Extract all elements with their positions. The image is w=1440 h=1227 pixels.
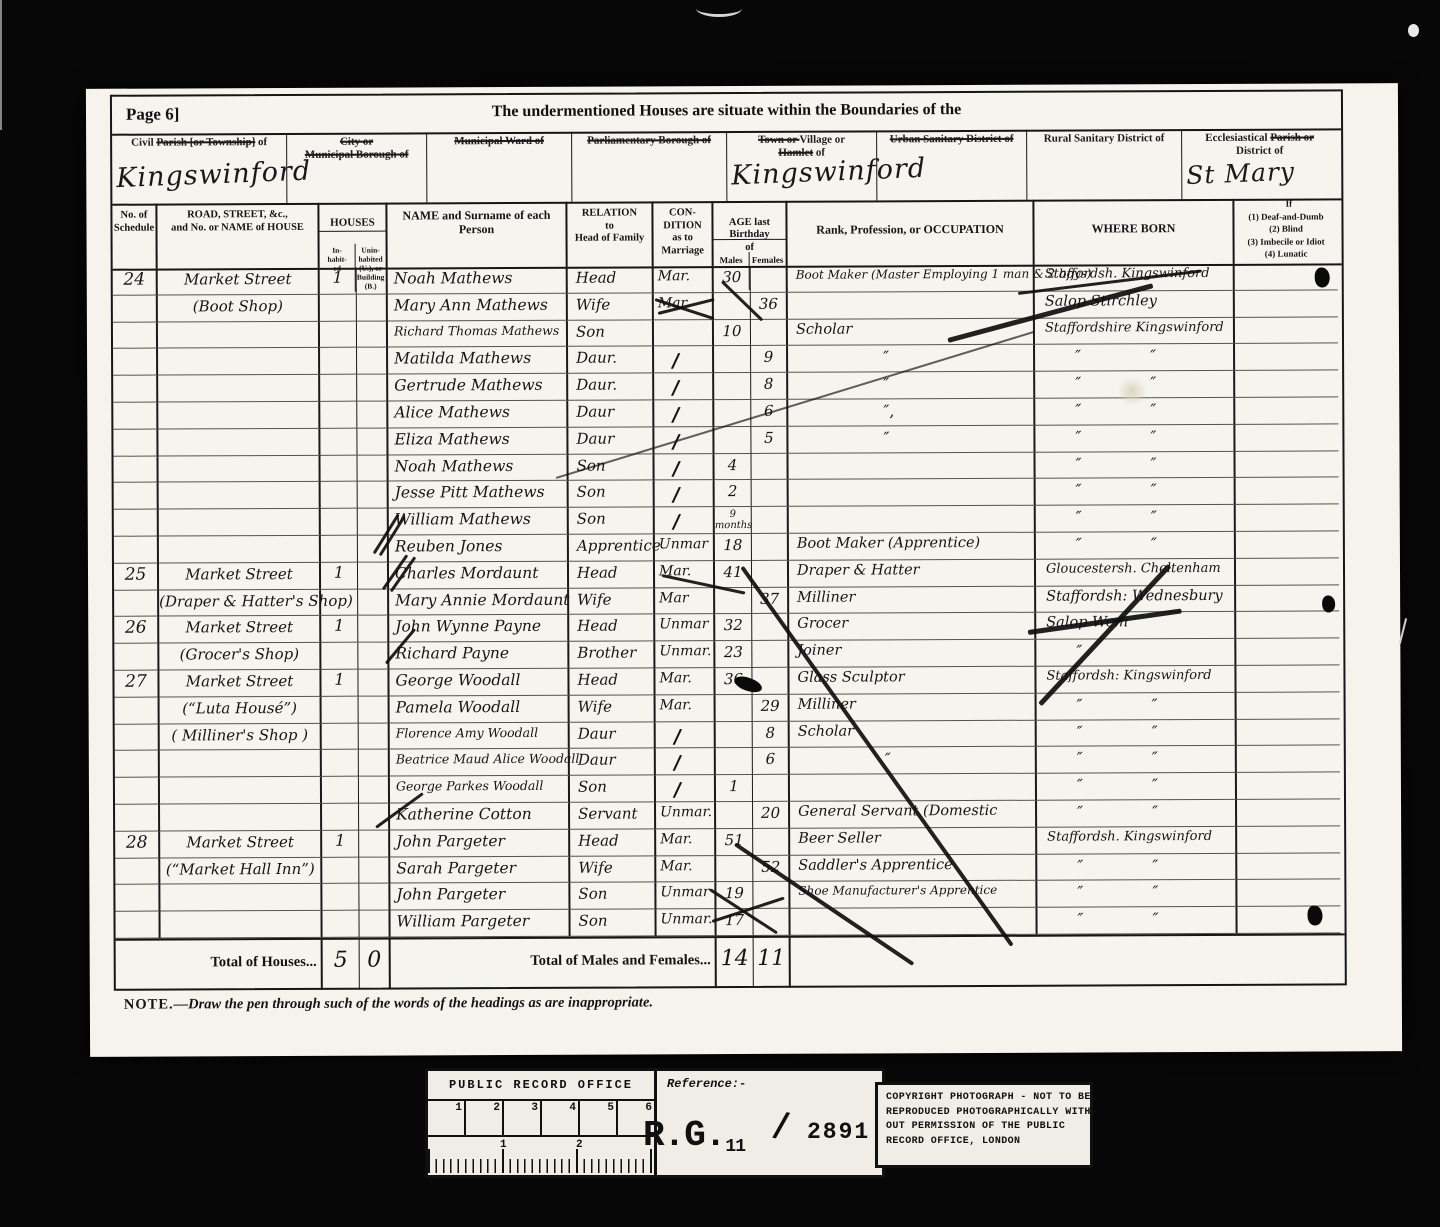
schedule-cell [114, 644, 159, 671]
relation-cell: Son [570, 776, 656, 803]
totals-blank [791, 935, 1341, 987]
cm-ruler-cell: 4 [542, 1101, 580, 1135]
where-born-cell: ″ ″ [1035, 344, 1235, 372]
cm-ruler-number: 4 [569, 1102, 576, 1114]
condition-cell: Mar. [654, 266, 714, 293]
relation-cell: Son [569, 481, 655, 508]
where-born-cell: ″ ″ [1037, 746, 1237, 774]
schedule-cell [114, 510, 159, 537]
pro-stamp-inch-ruler: 1 2 [428, 1137, 654, 1177]
inhabited-cell [321, 589, 358, 616]
schedule-cell [115, 778, 160, 805]
inhabited-cell: 1 [321, 616, 358, 643]
inch-label-2: 2 [576, 1139, 583, 1151]
relation-cell: Son [568, 454, 654, 481]
condition-slash-mark: / [672, 723, 682, 748]
copyright-stamp-line: OUT PERMISSION OF THE PUBLIC [886, 1120, 1090, 1135]
infirmity-cell [1236, 478, 1339, 505]
public-record-office-stamp: PUBLIC RECORD OFFICE 123456 1 2 [425, 1068, 657, 1178]
name-cell: Noah Mathews [388, 267, 568, 295]
reference-label: Reference:- [667, 1077, 746, 1091]
infirmity-cell [1237, 907, 1340, 934]
address-cell: Market Street [160, 831, 322, 859]
age-female-cell: 6 [753, 748, 790, 775]
relation-cell: Wife [568, 293, 654, 320]
relation-cell: Head [569, 668, 655, 695]
inhabited-cell [321, 482, 358, 509]
col-header-schedule: No. of Schedule [112, 204, 157, 269]
age-male-cell: 23 [715, 641, 752, 668]
where-born-cell: Gloucestersh. Cheltenham [1036, 559, 1236, 587]
footnote-text: —Draw the pen through such of the words … [174, 994, 653, 1012]
struck-label-part: Parliamentary Borough of [587, 134, 711, 147]
age-female-cell [752, 534, 789, 561]
infirmity-cell [1237, 719, 1340, 746]
table-column-headers: No. of Schedule ROAD, STREET, &c., and N… [112, 198, 1341, 270]
scan-dust-dot [1408, 24, 1419, 37]
address-cell [158, 375, 320, 403]
header-field: Urban Sanitary District of [877, 130, 1027, 201]
age-female-cell: 5 [751, 427, 788, 454]
where-born-cell: ″ [1036, 639, 1236, 667]
where-born-cell: ″ ″ [1036, 478, 1236, 506]
cm-ruler-cell: 5 [580, 1101, 618, 1135]
schedule-cell [115, 858, 160, 885]
address-cell [159, 482, 321, 510]
age-male-cell [716, 748, 753, 775]
schedule-cell: 25 [114, 563, 159, 590]
condition-cell: / [654, 454, 714, 481]
inhabited-cell [320, 402, 357, 429]
condition-cell: / [655, 507, 715, 534]
infirmity-cell [1236, 639, 1339, 666]
name-cell: Mary Annie Mordaunt [389, 588, 569, 616]
inhabited-cell [321, 509, 358, 536]
where-born-cell: ″ ″ [1037, 719, 1237, 747]
schedule-cell [113, 322, 158, 349]
occupation-cell: Draper & Hatter [789, 559, 1036, 587]
name-cell: John Pargeter [390, 829, 570, 857]
inhabited-cell [320, 375, 357, 402]
inhabited-cell [322, 804, 359, 831]
header-field: Ecclesiastical Parish or District ofSt M… [1182, 128, 1337, 199]
address-cell [158, 402, 320, 430]
relation-cell: Wife [570, 856, 656, 883]
address-cell: (Grocer's Shop) [159, 643, 321, 671]
uninhabited-cell [358, 670, 389, 697]
condition-cell: / [656, 775, 716, 802]
schedule-cell [114, 483, 159, 510]
address-cell [160, 884, 322, 912]
uninhabited-cell [359, 911, 390, 938]
relation-cell: Daur [568, 400, 654, 427]
inhabited-cell [320, 455, 357, 482]
header-field-label: Ecclesiastical Parish or District of [1182, 128, 1337, 157]
occupation-cell [790, 774, 1037, 802]
label-part: Village or [799, 134, 845, 146]
col-header-infirmity: If (1) Deaf-and-Dumb (2) Blind (3) Imbec… [1234, 198, 1337, 263]
infirmity-cell [1235, 371, 1338, 398]
relation-cell: Head [568, 266, 654, 293]
infirmity-cell [1237, 773, 1340, 800]
relation-cell: Son [569, 508, 655, 535]
age-female-cell: 8 [751, 373, 788, 400]
label-part: Rural Sanitary District of [1044, 132, 1165, 145]
total-males: 14 [717, 938, 754, 988]
occupation-cell: Boot Maker (Apprentice) [789, 533, 1036, 561]
relation-cell: Son [570, 883, 656, 910]
schedule-cell [115, 724, 160, 751]
reference-series: R.G.11 [643, 1115, 745, 1157]
uninhabited-cell [357, 455, 388, 482]
name-cell: John Pargeter [390, 883, 570, 911]
where-born-cell: ″ ″ [1037, 800, 1237, 828]
condition-cell: Unmar. [655, 641, 715, 668]
where-born-cell: ″ ″ [1037, 853, 1237, 881]
occupation-cell: ″, [788, 399, 1035, 427]
header-field: Civil Parish [or Township] ofKingswinfor… [112, 133, 287, 204]
where-born-cell: ″ ″ [1037, 773, 1237, 801]
schedule-cell [113, 295, 158, 322]
uninhabited-cell [358, 482, 389, 509]
age-male-cell [714, 373, 751, 400]
age-male-cell [716, 802, 753, 829]
condition-cell: / [656, 722, 716, 749]
infirmity-cell [1236, 665, 1339, 692]
copyright-stamp-line: RECORD OFFICE, LONDON [886, 1135, 1090, 1150]
age-female-cell: 29 [753, 695, 790, 722]
address-cell [159, 509, 321, 537]
relation-cell: Servant [570, 802, 656, 829]
occupation-cell: Milliner [790, 693, 1037, 721]
printed-frame: Page 6] The undermentioned Houses are si… [110, 89, 1347, 990]
schedule-cell [115, 912, 160, 939]
where-born-cell: ″ ″ [1037, 693, 1237, 721]
infirmity-cell [1237, 853, 1340, 880]
schedule-cell [113, 403, 158, 430]
census-table-body: 24Market Street1Noah MathewsHeadMar.30Bo… [113, 263, 1345, 938]
name-cell: Charles Mordaunt [389, 562, 569, 590]
name-cell: Pamela Woodall [390, 696, 570, 724]
col-header-road: ROAD, STREET, &c., and No. or NAME of HO… [157, 203, 319, 269]
col-header-relation: RELATION to Head of Family [567, 201, 653, 266]
age-male-cell [714, 346, 751, 373]
footnote: NOTE.—Draw the pen through such of the w… [124, 994, 653, 1013]
address-cell: (“Luta Housé”) [160, 697, 322, 725]
schedule-cell [113, 349, 158, 376]
age-female-cell [752, 641, 789, 668]
condition-cell: Unmar. [656, 909, 716, 936]
address-cell [158, 429, 320, 457]
schedule-cell [115, 885, 160, 912]
age-female-cell [753, 829, 790, 856]
infirmity-cell [1235, 344, 1338, 371]
address-cell [160, 911, 322, 939]
inhabited-cell [320, 348, 357, 375]
address-cell: (“Market Hall Inn”) [160, 857, 322, 885]
schedule-cell [115, 751, 160, 778]
condition-cell: / [655, 481, 715, 508]
inhabited-cell [320, 428, 357, 455]
copyright-stamp-box: COPYRIGHT PHOTOGRAPH - NOT TO BEREPRODUC… [875, 1082, 1093, 1168]
inhabited-cell [322, 857, 359, 884]
header-field-label: City or Municipal Borough of [287, 132, 426, 161]
age-group-label: AGE last Birthday of [713, 213, 785, 239]
uninhabited-cell [359, 884, 390, 911]
houses-group-label: HOUSES [319, 215, 385, 231]
infirmity-cell [1237, 880, 1340, 907]
condition-slash-mark: / [671, 455, 681, 480]
uninhabited-cell [359, 857, 390, 884]
name-cell: Mary Ann Mathews [388, 294, 568, 322]
struck-label-part: Municipal Ward of [454, 135, 544, 147]
age-male-cell: 1 [716, 775, 753, 802]
condition-cell: / [654, 373, 714, 400]
age-male-cell [716, 855, 753, 882]
inhabited-cell [320, 321, 357, 348]
condition-slash-mark: / [671, 402, 681, 427]
inhabited-cell [322, 750, 359, 777]
age-male-cell: 4 [714, 454, 751, 481]
occupation-cell: Saddler's Apprentice [790, 854, 1037, 882]
inhabited-cell [322, 884, 359, 911]
uninhabited-cell [359, 723, 390, 750]
address-cell [158, 321, 320, 349]
struck-label-part: City or Municipal Borough of [305, 136, 409, 161]
age-male-cell: 18 [715, 534, 752, 561]
address-cell [160, 804, 322, 832]
scan-pen-mark [696, 0, 742, 17]
ruler-major-ticks [428, 1149, 654, 1173]
age-female-cell [751, 266, 788, 293]
infirmity-cell [1237, 826, 1340, 853]
header-field: Rural Sanitary District of [1027, 129, 1182, 200]
infirmity-cell [1235, 397, 1338, 424]
total-females: 11 [754, 938, 791, 988]
occupation-cell: ″ [788, 426, 1035, 454]
infirmity-cell [1236, 505, 1339, 532]
address-cell: Market Street [158, 268, 320, 296]
occupation-cell [789, 479, 1036, 507]
relation-cell: Daur [570, 749, 656, 776]
schedule-cell [114, 590, 159, 617]
address-cell [160, 750, 322, 778]
infirmity-cell [1236, 558, 1339, 585]
cm-ruler-cell: 1 [428, 1101, 466, 1135]
infirmity-cell [1236, 531, 1339, 558]
age-female-cell [752, 507, 789, 534]
age-female-cell [752, 561, 789, 588]
inch-label-1: 1 [500, 1139, 507, 1151]
inhabited-cell [320, 294, 357, 321]
where-born-cell: ″ ″ [1037, 880, 1237, 908]
condition-slash-mark: / [671, 509, 681, 534]
boundary-header-fields: Civil Parish [or Township] ofKingswinfor… [112, 128, 1341, 205]
header-field-label: Civil Parish [or Township] of [112, 133, 286, 149]
age-female-cell: 8 [753, 721, 790, 748]
where-born-cell: ″ ″ [1037, 907, 1237, 935]
header-field-label: Parliamentary Borough of [572, 131, 726, 147]
inhabited-cell: 1 [320, 268, 357, 295]
name-cell: Jesse Pitt Mathews [389, 481, 569, 509]
total-houses-uninhabited: 0 [360, 940, 391, 990]
uninhabited-cell [359, 750, 390, 777]
col-header-occupation: Rank, Profession, or OCCUPATION [787, 200, 1034, 266]
condition-slash-mark: / [671, 482, 681, 507]
name-cell: Alice Mathews [388, 401, 568, 429]
ink-blot [1315, 267, 1330, 287]
uninhabited-cell [359, 777, 390, 804]
occupation-cell: Grocer [789, 613, 1036, 641]
uninhabited-cell [357, 348, 388, 375]
relation-cell: Head [569, 561, 655, 588]
relation-cell: Wife [569, 588, 655, 615]
label-part: Ecclesiastical [1205, 132, 1270, 144]
address-cell [160, 777, 322, 805]
cm-ruler-cell: 2 [466, 1101, 504, 1135]
col-header-age-group: AGE last Birthday of Males Females [713, 201, 787, 266]
infirmity-cell [1235, 424, 1338, 451]
reference-separator: / [771, 1104, 791, 1146]
uninhabited-cell [358, 509, 389, 536]
uninhabited-cell [358, 643, 389, 670]
condition-slash-mark: / [671, 348, 681, 373]
condition-cell: Unmar. [656, 802, 716, 829]
total-houses-inhabited: 5 [323, 940, 360, 990]
schedule-cell: 24 [113, 269, 158, 296]
relation-cell: Apprentice [569, 534, 655, 561]
paper-stain [1117, 376, 1147, 406]
condition-cell: Unmar [656, 882, 716, 909]
age-male-cell: 10 [714, 320, 751, 347]
inhabited-cell [322, 777, 359, 804]
inhabited-cell [321, 536, 358, 563]
name-cell: Matilda Mathews [388, 347, 568, 375]
header-field: City or Municipal Borough of [287, 132, 427, 203]
infirmity-cell [1237, 692, 1340, 719]
occupation-cell: Boot Maker (Master Employing 1 man & 2 b… [788, 265, 1035, 293]
header-field-label: Rural Sanitary District of [1027, 129, 1181, 145]
total-people-label: Total of Males and Females... [391, 938, 717, 989]
page-title: The undermentioned Houses are situate wi… [112, 99, 1341, 122]
totals-row: Total of Houses... 5 0 Total of Males an… [116, 933, 1345, 990]
inhabited-cell [321, 643, 358, 670]
condition-cell: / [656, 748, 716, 775]
inhabited-cell: 1 [322, 830, 359, 857]
cm-ruler-number: 5 [607, 1102, 614, 1114]
header-field-label: Municipal Ward of [427, 132, 571, 148]
occupation-cell: Scholar [790, 720, 1037, 748]
occupation-cell [788, 292, 1035, 320]
copyright-stamp-line: REPRODUCED PHOTOGRAPHICALLY WITH- [886, 1106, 1090, 1121]
uninhabited-cell [358, 589, 389, 616]
col-header-name: NAME and Surname of each Person [387, 202, 567, 268]
relation-cell: Head [569, 615, 655, 642]
infirmity-cell [1236, 612, 1339, 639]
name-cell: John Wynne Payne [389, 615, 569, 643]
condition-cell: Mar. [656, 829, 716, 856]
inhabited-cell [322, 723, 359, 750]
name-cell: Noah Mathews [388, 454, 568, 482]
reference-series-sub: 11 [725, 1137, 745, 1157]
uninhabited-cell [357, 268, 388, 295]
scan-edge-mark [0, 0, 2, 130]
occupation-cell: Milliner [789, 586, 1036, 614]
name-cell: Richard Thomas Mathews [388, 320, 568, 348]
age-male-cell [716, 695, 753, 722]
age-female-cell [751, 319, 788, 346]
relation-cell: Daur [570, 722, 656, 749]
pro-stamp-cm-ruler: 123456 [428, 1101, 654, 1137]
condition-cell: Mar. [656, 856, 716, 883]
uninhabited-cell [357, 428, 388, 455]
uninhabited-cell [357, 321, 388, 348]
where-born-cell: ″ ″ [1035, 451, 1235, 479]
uninhabited-cell [357, 375, 388, 402]
infirmity-cell [1235, 290, 1338, 317]
relation-cell: Daur. [568, 374, 654, 401]
address-cell: Market Street [159, 670, 321, 698]
cm-ruler-number: 2 [493, 1102, 500, 1114]
occupation-cell: Joiner [789, 640, 1036, 668]
schedule-cell [115, 804, 160, 831]
header-field: Municipal Ward of [427, 132, 572, 203]
reference-stamp-box: Reference:- R.G.11 / 2891 [657, 1068, 885, 1178]
address-cell: Market Street [159, 616, 321, 644]
condition-cell: Mar [655, 588, 715, 615]
address-cell: (Boot Shop) [158, 295, 320, 323]
age-male-cell [716, 722, 753, 749]
header-field-label: Urban Sanitary District of [877, 130, 1026, 146]
schedule-cell: 27 [114, 671, 159, 698]
relation-cell: Son [568, 320, 654, 347]
col-header-condition: CON- DITION as to Marriage [653, 201, 713, 266]
ink-blot [1307, 905, 1322, 925]
condition-cell [654, 320, 714, 347]
relation-cell: Brother [569, 642, 655, 669]
inhabited-cell [322, 911, 359, 938]
infirmity-cell [1237, 799, 1340, 826]
age-female-cell [753, 775, 790, 802]
cm-ruler-cell: 3 [504, 1101, 542, 1135]
address-cell: ( Milliner's Shop ) [160, 723, 322, 751]
struck-label-part: Town or [758, 134, 799, 146]
infirmity-cell [1237, 746, 1340, 773]
relation-cell: Son [570, 910, 656, 937]
reference-piece-number: 2891 [807, 1119, 870, 1145]
occupation-cell: Glass Sculptor [789, 667, 1036, 695]
age-female-cell: 20 [753, 802, 790, 829]
struck-label-part: Parish [or Township] [156, 136, 255, 148]
inhabited-cell: 1 [321, 670, 358, 697]
inhabited-cell: 1 [321, 562, 358, 589]
uninhabited-cell [359, 696, 390, 723]
address-cell [159, 536, 321, 564]
where-born-cell: Salop Stirchley [1035, 291, 1235, 319]
where-born-cell: ″ ″ [1036, 505, 1236, 533]
name-cell: Beatrice Maud Alice Woodall [390, 749, 570, 777]
total-houses-label: Total of Houses... [116, 940, 323, 991]
condition-cell: / [654, 347, 714, 374]
pro-stamp-title: PUBLIC RECORD OFFICE [428, 1071, 654, 1101]
name-cell: Katherine Cotton [390, 803, 570, 831]
name-cell: Sarah Pargeter [390, 856, 570, 884]
condition-slash-mark: / [672, 777, 682, 802]
age-female-cell: 9 [751, 346, 788, 373]
label-part: of [255, 136, 267, 148]
header-field: Parliamentary Borough of [572, 131, 727, 202]
infirmity-cell [1235, 451, 1338, 478]
